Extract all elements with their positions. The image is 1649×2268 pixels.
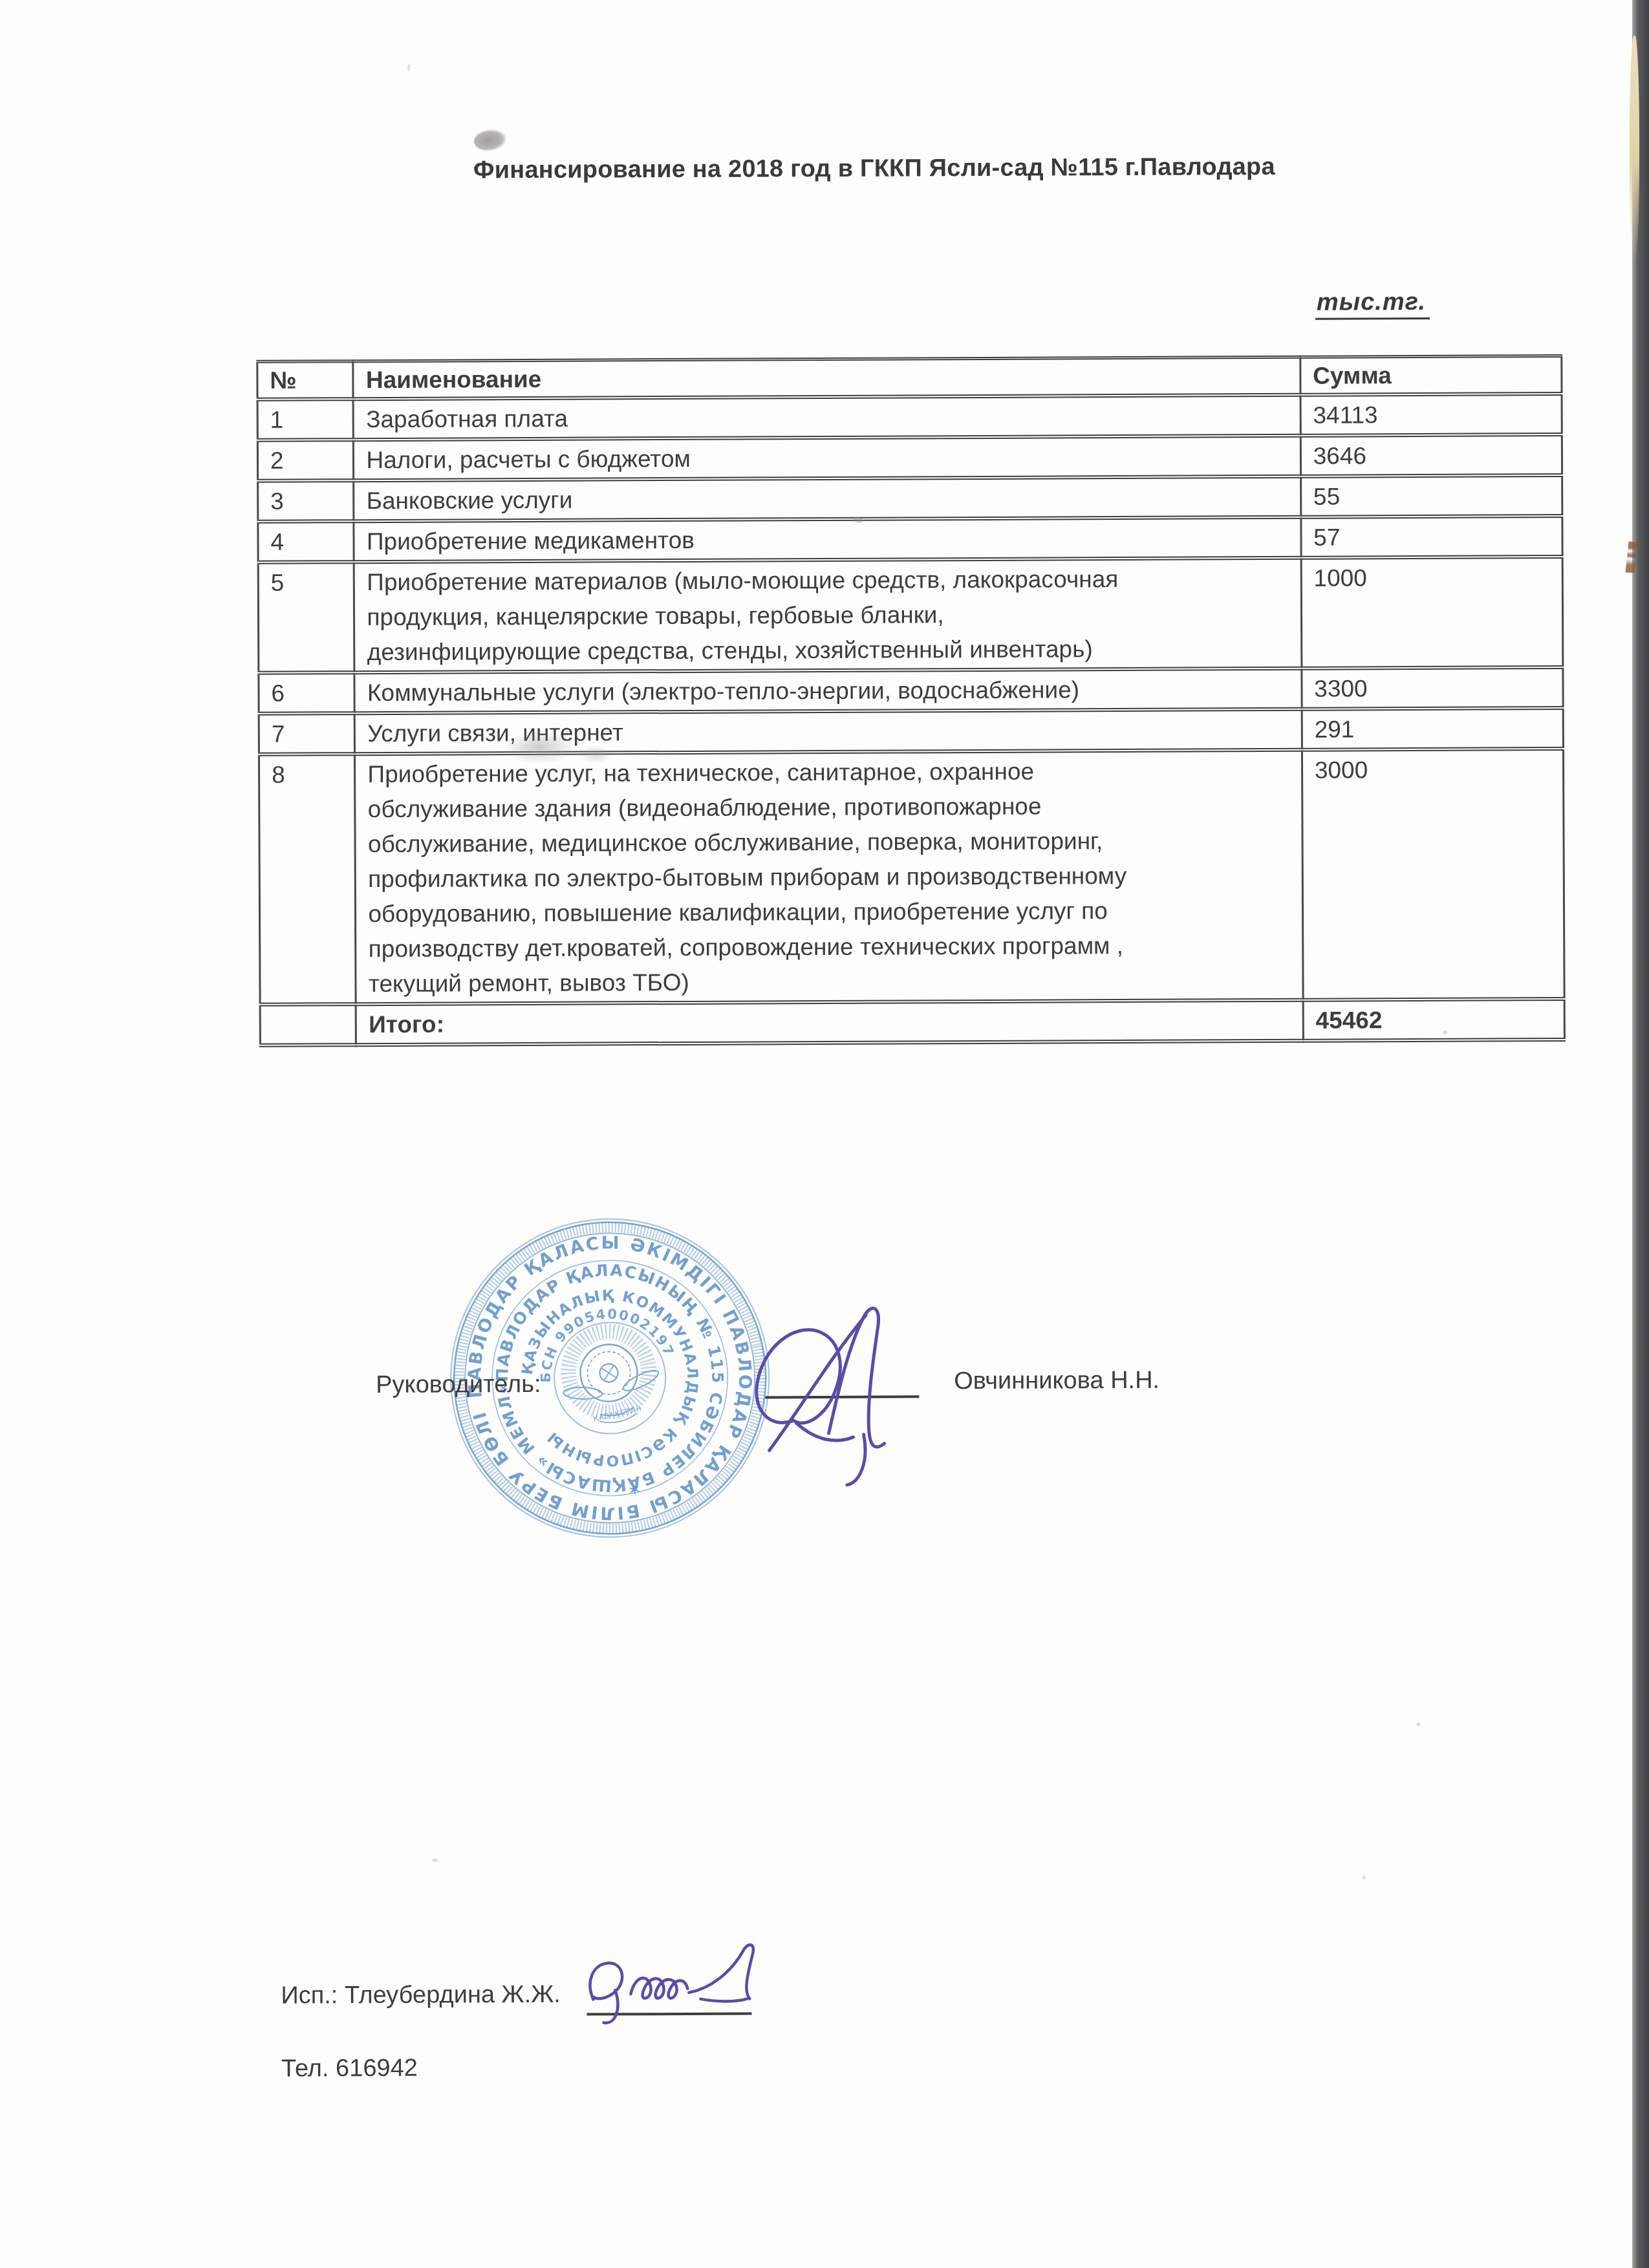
scan-speck: [407, 64, 410, 72]
row-num: 5: [258, 562, 354, 673]
table-header-row: № Наименование Сумма: [257, 356, 1562, 400]
table-row: 8 Приобретение услуг, на техническое, са…: [259, 749, 1564, 1005]
table-row: 2 Налоги, расчеты с бюджетом 3646: [257, 434, 1562, 481]
row-name: Коммунальные услуги (электро-тепло-энерг…: [354, 669, 1302, 713]
header-name: Наименование: [353, 357, 1300, 399]
row-num: 1: [257, 399, 354, 440]
phone-line: Тел. 616942: [281, 2055, 418, 2083]
row-num: 6: [259, 672, 355, 714]
scan-edge-paper-streak: [1630, 36, 1639, 262]
row-num: 3: [258, 480, 354, 522]
units-note: тыс.тг.: [1315, 288, 1430, 320]
scanned-page: Финансирование на 2018 год в ГККП Ясли-с…: [0, 0, 1649, 2268]
table-row: 7 Услуги связи, интернет 291: [259, 708, 1563, 754]
row-name: Приобретение медикаментов: [354, 517, 1301, 562]
row-name: Заработная плата: [354, 395, 1301, 440]
scan-edge-shadow: [1632, 0, 1649, 2268]
row-sum: 291: [1302, 708, 1563, 750]
scan-smudge: [502, 731, 577, 765]
row-num: 8: [259, 754, 356, 1005]
row-num: 7: [259, 713, 355, 754]
table-row: 1 Заработная плата 34113: [257, 394, 1562, 440]
row-sum: 1000: [1301, 557, 1563, 669]
row-name: Приобретение услуг, на техническое, сани…: [355, 750, 1303, 1004]
total-label: Итого:: [356, 1000, 1304, 1045]
table-total-row: Итого: 45462: [260, 999, 1564, 1045]
row-sum: 3646: [1300, 434, 1562, 476]
row-name: Приобретение материалов (мыло-моющие сре…: [354, 558, 1302, 672]
scan-smudge: [580, 744, 611, 764]
table-row: 3 Банковские услуги 55: [258, 475, 1562, 522]
executor-signature-ink: [574, 1936, 807, 2035]
header-sum: Сумма: [1300, 356, 1562, 395]
scan-speck: [432, 1859, 438, 1862]
table-row: 6 Коммунальные услуги (электро-тепло-эне…: [259, 667, 1563, 714]
scan-speck: [1443, 1031, 1447, 1034]
row-sum: 3000: [1302, 749, 1564, 1000]
scan-speck: [1417, 1722, 1421, 1726]
stamp-emblem-caption: ҚАЗАҚСТАН: [592, 1404, 643, 1423]
row-num: 4: [258, 521, 354, 562]
finance-table: № Наименование Сумма 1 Заработная плата …: [256, 354, 1566, 1047]
total-num-empty: [260, 1004, 356, 1045]
row-sum: 3300: [1302, 667, 1563, 709]
executor-line: Исп.: Тлеубердина Ж.Ж.: [281, 1981, 561, 2010]
page-title: Финансирование на 2018 год в ГККП Ясли-с…: [473, 153, 1379, 184]
header-num: №: [257, 361, 354, 400]
row-sum: 34113: [1300, 394, 1562, 436]
row-name: Налоги, расчеты с бюджетом: [354, 436, 1301, 480]
head-signature-ink: [731, 1296, 952, 1490]
scan-speck: [1363, 1876, 1366, 1879]
scan-smudge: [473, 127, 508, 153]
table-row: 5 Приобретение материалов (мыло-моющие с…: [258, 557, 1563, 673]
row-name: Банковские услуги: [354, 476, 1301, 521]
head-signature-name: Овчинникова Н.Н.: [954, 1367, 1159, 1395]
total-sum: 45462: [1303, 999, 1564, 1041]
row-sum: 55: [1300, 475, 1562, 517]
head-signature-label: Руководитель:: [376, 1371, 541, 1399]
table-row: 4 Приобретение медикаментов 57: [258, 516, 1562, 562]
row-name: Услуги связи, интернет: [355, 709, 1302, 754]
row-sum: 57: [1301, 516, 1562, 558]
row-num: 2: [257, 440, 354, 481]
